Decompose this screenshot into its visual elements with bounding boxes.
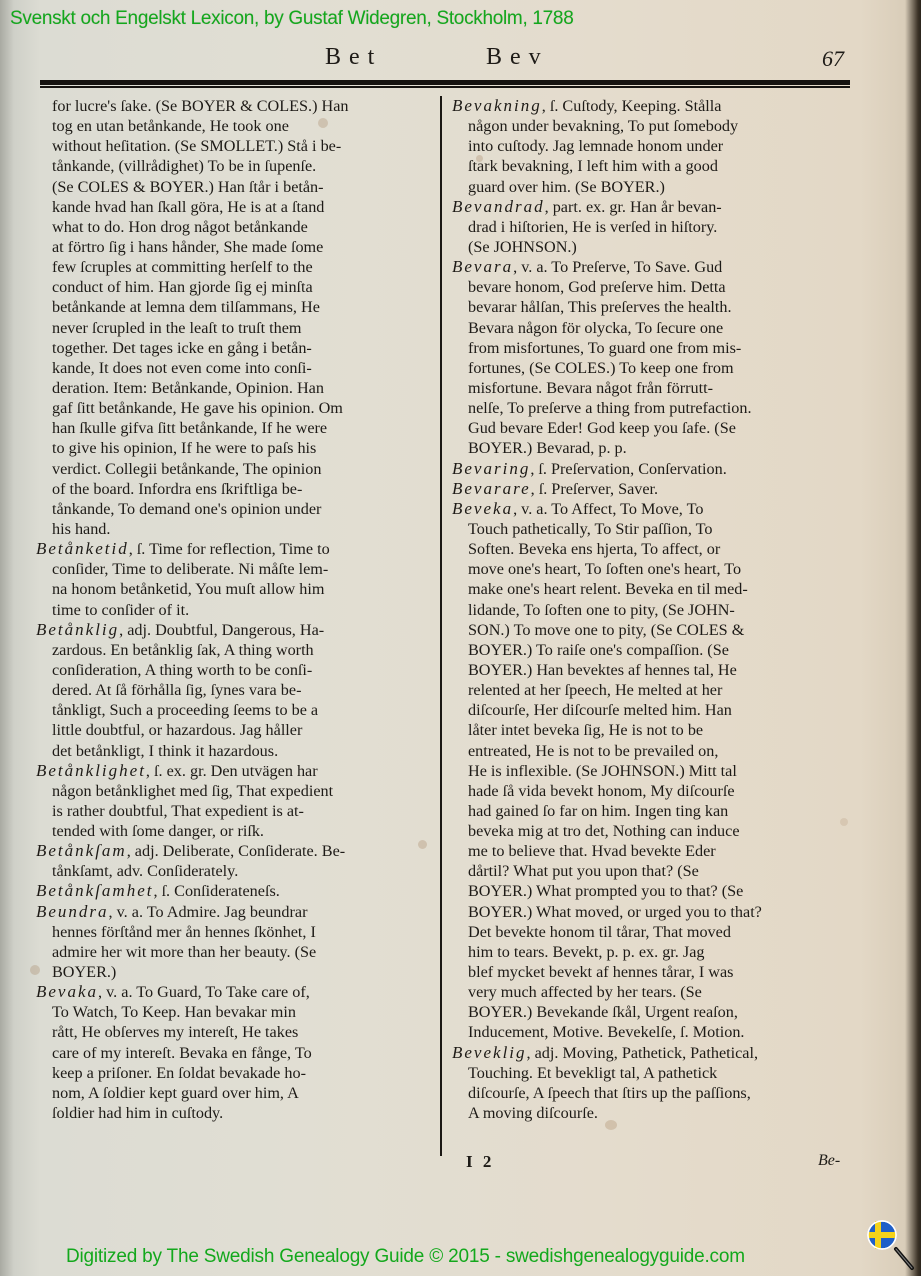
entry-text-line: SON.) To move one to pity, (Se COLES & — [452, 620, 852, 640]
entry-text-line: care of my intereſt. Bevaka en fånge, To — [36, 1043, 434, 1063]
entry-text-line: misfortune. Bevara något från förrutt- — [452, 378, 852, 398]
entry-text-line: keep a priſoner. En ſoldat bevakade ho- — [36, 1063, 434, 1083]
entry-text-line: BOYER.) What prompted you to that? (Se — [452, 881, 852, 901]
entry-text-line: very much affected by her tears. (Se — [452, 982, 852, 1002]
entry-text-line: låter intet beveka ſig, He is not to be — [452, 720, 852, 740]
headword: Bevarare — [452, 479, 531, 498]
entry-text-line: had gained ſo far on him. Ingen ting kan — [452, 801, 852, 821]
entry-headword-line: Beundra, v. a. To Admire. Jag beundrar — [36, 902, 434, 922]
right-column: Bevakning, ſ. Cuſtody, Keeping. Stållanå… — [452, 96, 852, 1123]
entry-text-line: na honom betånketid, You muſt allow him — [36, 579, 434, 599]
entry-text-line: conſider, Time to deliberate. Ni måſte l… — [36, 559, 434, 579]
entry-text-line: diſcourſe, Her diſcourſe melted him. Han — [452, 700, 852, 720]
entry-text-line: det betånkligt, I think it hazardous. — [36, 741, 434, 761]
digitized-by-banner: Digitized by The Swedish Genealogy Guide… — [66, 1246, 745, 1268]
entry-text-line: hennes förſtånd mer ån hennes ſkönhet, I — [36, 922, 434, 942]
watermark-title-banner: Svenskt och Engelskt Lexicon, by Gustaf … — [10, 8, 573, 30]
headword: Beundra — [36, 902, 109, 921]
entry-text-line: tånkſamt, adv. Conſiderately. — [36, 861, 434, 881]
entry-text-line: A moving diſcourſe. — [452, 1103, 852, 1123]
entry-text-line: ſoldier had him in cuſtody. — [36, 1103, 434, 1123]
entry-text-line: bevarar hålſan, This preſerves the healt… — [452, 297, 852, 317]
entry-text-line: his hand. — [36, 519, 434, 539]
entry-text-line: ſtark bevakning, I left him with a good — [452, 156, 852, 176]
entry-text-line: He is inflexible. (Se JOHNSON.) Mitt tal — [452, 761, 852, 781]
entry-text-line: han ſkulle gifva ſitt betånkande, If he … — [36, 418, 434, 438]
entry-text-line: dered. At ſå förhålla ſig, ſynes vara be… — [36, 680, 434, 700]
entry-text-line: Bevara någon för olycka, To ſecure one — [452, 318, 852, 338]
catchword: Be- — [818, 1152, 840, 1170]
entry-text-line: rått, He obſerves my intereſt, He takes — [36, 1022, 434, 1042]
entry-text-line: deration. Item: Betånkande, Opinion. Han — [36, 378, 434, 398]
entry-text-line: tended with ſome danger, or riſk. — [36, 821, 434, 841]
page-number: 67 — [822, 46, 844, 72]
headword: Bevandrad — [452, 197, 545, 216]
left-column: for lucre's ſake. (Se BOYER & COLES.) Ha… — [36, 96, 434, 1123]
running-head-right: Bev — [486, 44, 549, 71]
entry-text-line: Touching. Et bevekligt tal, A pathetick — [452, 1063, 852, 1083]
headword: Betånklighet — [36, 761, 146, 780]
entry-text-line: me to believe that. Hvad bevekte Eder — [452, 841, 852, 861]
entry-text-line: Det bevekte honom til tårar, That moved — [452, 922, 852, 942]
entry-text-line: BOYER.) Bevarad, p. p. — [452, 438, 852, 458]
running-head: Bet Bev 67 — [0, 40, 921, 80]
entry-text-line: BOYER.) To raiſe one's compaſſion. (Se — [452, 640, 852, 660]
column-divider — [440, 96, 442, 1156]
entry-text-line: little doubtful, or hazardous. Jag hålle… — [36, 720, 434, 740]
entry-text-line: guard over him. (Se BOYER.) — [452, 177, 852, 197]
entry-text-line: from misfortunes, To guard one from mis- — [452, 338, 852, 358]
entry-headword-line: Bevaka, v. a. To Guard, To Take care of, — [36, 982, 434, 1002]
entry-text-line: of the board. Infordra ens ſkriftliga be… — [36, 479, 434, 499]
entry-text-line: blef mycket bevekt af hennes tårar, I wa… — [452, 962, 852, 982]
entry-text-line: diſcourſe, A ſpeech that ſtirs up the pa… — [452, 1083, 852, 1103]
entry-text-line: without heſitation. (Se SMOLLET.) Stå i … — [36, 136, 434, 156]
entry-text-line: gaf ſitt betånkande, He gave his opinion… — [36, 398, 434, 418]
entry-text-line: relented at her ſpeech, He melted at her — [452, 680, 852, 700]
entry-headword-line: Bevandrad, part. ex. gr. Han år bevan- — [452, 197, 852, 217]
entry-text-line: is rather doubtful, That expedient is at… — [36, 801, 434, 821]
entry-headword-line: Bevaring, ſ. Preſervation, Conſervation. — [452, 459, 852, 479]
entry-text-line: BOYER.) What moved, or urged you to that… — [452, 902, 852, 922]
headword: Betånkſam — [36, 841, 127, 860]
entry-headword-line: Bevara, v. a. To Preſerve, To Save. Gud — [452, 257, 852, 277]
entry-text-line: time to conſider of it. — [36, 600, 434, 620]
swedish-flag-magnifier-icon — [866, 1219, 916, 1271]
headword: Bevara — [452, 257, 513, 276]
entry-text-line: tånkande, To demand one's opinion under — [36, 499, 434, 519]
headword: Bevaring — [452, 459, 530, 478]
entry-text-line: drad i hiſtorien, He is verſed in hiſtor… — [452, 217, 852, 237]
entry-text-line: together. Det tages icke en gång i betån… — [36, 338, 434, 358]
signature-mark: I 2 — [466, 1152, 494, 1172]
entry-text-line: Inducement, Motive. Bevekelſe, ſ. Motion… — [452, 1022, 852, 1042]
entry-text-line: nom, A ſoldier kept guard over him, A — [36, 1083, 434, 1103]
entry-headword-line: Betånklig, adj. Doubtful, Dangerous, Ha- — [36, 620, 434, 640]
entry-text-line: kande, It does not even come into conſi- — [36, 358, 434, 378]
entry-text-line: dårtil? What put you upon that? (Se — [452, 861, 852, 881]
entry-text-line: någon under bevakning, To put ſomebody — [452, 116, 852, 136]
headword: Betånkſamhet — [36, 881, 153, 900]
entry-text-line: make one's heart relent. Beveka en til m… — [452, 579, 852, 599]
headword: Betånketid — [36, 539, 129, 558]
entry-text-line: entreated, He is not to be prevailed on, — [452, 741, 852, 761]
entry-text-line: Gud bevare Eder! God keep you ſafe. (Se — [452, 418, 852, 438]
entry-text-line: at förtro ſig i hans hånder, She made ſo… — [36, 237, 434, 257]
entry-text-line: betånkande at lemna dem tilſammans, He — [36, 297, 434, 317]
entry-text-line: BOYER.) Bevekande ſkål, Urgent reaſon, — [452, 1002, 852, 1022]
entry-text-line: what to do. Hon drog något betånkande — [36, 217, 434, 237]
entry-text-line: him to tears. Bevekt, p. p. ex. gr. Jag — [452, 942, 852, 962]
entry-text-line: tånkande, (villrådighet) To be in ſupenſ… — [36, 156, 434, 176]
entry-text-line: lidande, To ſoften one to pity, (Se JOHN… — [452, 600, 852, 620]
entry-text-line: (Se JOHNSON.) — [452, 237, 852, 257]
header-rule — [40, 80, 850, 88]
entry-headword-line: Bevarare, ſ. Preſerver, Saver. — [452, 479, 852, 499]
headword: Beveklig — [452, 1043, 527, 1062]
entry-text-line: Soften. Beveka ens hjerta, To affect, or — [452, 539, 852, 559]
entry-text-line: verdict. Collegii betånkande, The opinio… — [36, 459, 434, 479]
running-head-left: Bet — [325, 44, 382, 71]
entry-text-line: admire her wit more than her beauty. (Se — [36, 942, 434, 962]
entry-text-line: nelſe, To preſerve a thing from putrefac… — [452, 398, 852, 418]
entry-headword-line: Bevakning, ſ. Cuſtody, Keeping. Stålla — [452, 96, 852, 116]
entry-headword-line: Betånkſam, adj. Deliberate, Conſiderate.… — [36, 841, 434, 861]
entry-text-line: tånkligt, Such a proceeding ſeems to be … — [36, 700, 434, 720]
entry-headword-line: Beveka, v. a. To Affect, To Move, To — [452, 499, 852, 519]
entry-text-line: hade ſå vida bevekt honom, My diſcourſe — [452, 781, 852, 801]
entry-text-line: (Se COLES & BOYER.) Han ſtår i betån- — [36, 177, 434, 197]
entry-text-line: någon betånklighet med ſig, That expedie… — [36, 781, 434, 801]
entry-text-line: tog en utan betånkande, He took one — [36, 116, 434, 136]
entry-headword-line: Beveklig, adj. Moving, Pathetick, Pathet… — [452, 1043, 852, 1063]
entry-text-line: conſideration, A thing worth to be conſi… — [36, 660, 434, 680]
entry-text-line: BOYER.) — [36, 962, 434, 982]
entry-text-line: never ſcrupled in the leaſt to truſt the… — [36, 318, 434, 338]
headword: Betånklig — [36, 620, 119, 639]
entry-text-line: Touch pathetically, To Stir paſſion, To — [452, 519, 852, 539]
entry-headword-line: Betånklighet, ſ. ex. gr. Den utvägen har — [36, 761, 434, 781]
entry-text-line: into cuſtody. Jag lemnade honom under — [452, 136, 852, 156]
headword: Beveka — [452, 499, 513, 518]
entry-text-line: for lucre's ſake. (Se BOYER & COLES.) Ha… — [36, 96, 434, 116]
entry-text-line: bevare honom, God preſerve him. Detta — [452, 277, 852, 297]
entry-text-line: To Watch, To Keep. Han bevakar min — [36, 1002, 434, 1022]
entry-headword-line: Betånketid, ſ. Time for reflection, Time… — [36, 539, 434, 559]
entry-text-line: few ſcruples at committing herſelf to th… — [36, 257, 434, 277]
entry-headword-line: Betånkſamhet, ſ. Conſiderateneſs. — [36, 881, 434, 901]
entry-text-line: kande hvad han ſkall göra, He is at a ſt… — [36, 197, 434, 217]
entry-text-line: beveka mig at tro det, Nothing can induc… — [452, 821, 852, 841]
entry-text-line: conduct of him. Han gjorde ſig ej minſta — [36, 277, 434, 297]
headword: Bevakning — [452, 96, 542, 115]
entry-text-line: zardous. En betånklig ſak, A thing worth — [36, 640, 434, 660]
headword: Bevaka — [36, 982, 98, 1001]
entry-text-line: BOYER.) Han bevektes af hennes tal, He — [452, 660, 852, 680]
entry-text-line: fortunes, (Se COLES.) To keep one from — [452, 358, 852, 378]
entry-text-line: move one's heart, To ſoften one's heart,… — [452, 559, 852, 579]
entry-text-line: to give his opinion, If he were to paſs … — [36, 438, 434, 458]
